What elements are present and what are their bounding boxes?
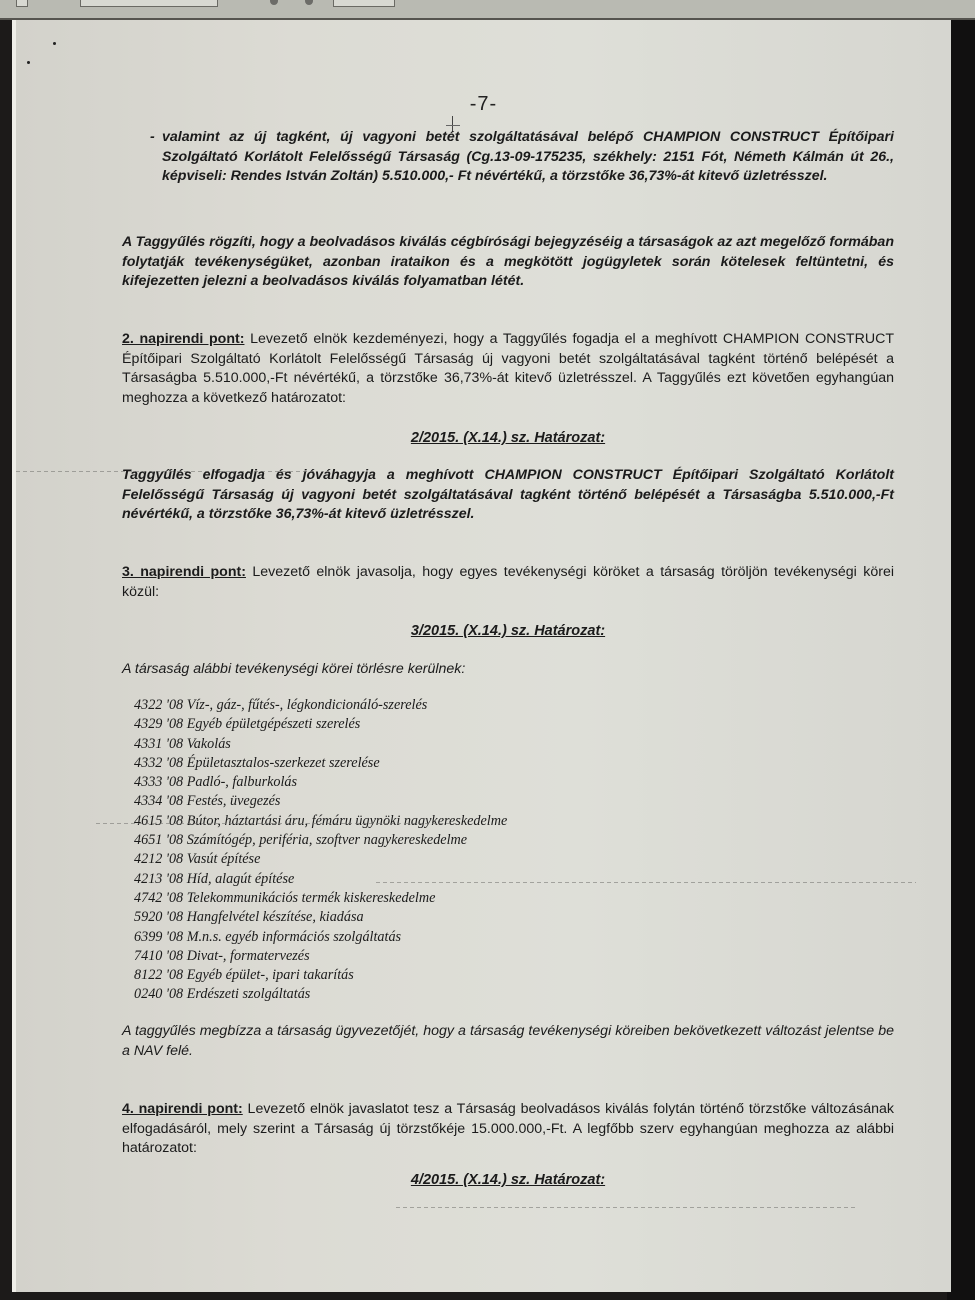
- activity-item: 6399 '08 M.n.s. egyéb információs szolgá…: [134, 928, 507, 947]
- resolution-title-3: 3/2015. (X.14.) sz. Határozat:: [122, 623, 894, 639]
- agenda-item-2: 2. napirendi pont: Levezető elnök kezdem…: [122, 330, 894, 408]
- agenda-label: 4. napirendi pont:: [122, 1101, 243, 1117]
- resolution-title-4: 4/2015. (X.14.) sz. Határozat:: [122, 1172, 894, 1188]
- activity-item: 4331 '08 Vakolás: [134, 735, 507, 754]
- toolbar-field[interactable]: [333, 0, 395, 7]
- resolution-title-2: 2/2015. (X.14.) sz. Határozat:: [122, 430, 894, 446]
- bullet-marker: -: [110, 128, 162, 187]
- activity-item: 7410 '08 Divat-, formatervezés: [134, 947, 507, 966]
- note-paragraph: A Taggyűlés rögzíti, hogy a beolvadásos …: [122, 233, 894, 292]
- bullet-item: - valamint az új tagként, új vagyoni bet…: [110, 128, 894, 187]
- toolbar-button[interactable]: [16, 0, 28, 7]
- toolbar-field[interactable]: [80, 0, 218, 7]
- scan-line: [376, 882, 916, 883]
- activity-item: 4329 '08 Egyéb épületgépészeti szerelés: [134, 715, 507, 734]
- bullet-text: valamint az új tagként, új vagyoni betét…: [162, 128, 894, 187]
- activity-item: 4615 '08 Bútor, háztartási áru, fémáru ü…: [134, 812, 507, 831]
- activity-item: 0240 '08 Erdészeti szolgáltatás: [134, 985, 507, 1004]
- page-number: -7-: [16, 93, 951, 116]
- activity-item: 5920 '08 Hangfelvétel készítése, kiadása: [134, 908, 507, 927]
- resolution-intro-3: A társaság alábbi tevékenységi körei tör…: [122, 660, 894, 680]
- toolbar-icon[interactable]: [305, 0, 313, 5]
- toolbar-icon[interactable]: [270, 0, 278, 5]
- activity-item: 4651 '08 Számítógép, periféria, szoftver…: [134, 831, 507, 850]
- dust-speck: [27, 61, 30, 64]
- resolution-text-2: Taggyűlés elfogadja és jóváhagyja a megh…: [122, 466, 894, 525]
- agenda-label: 3. napirendi pont:: [122, 564, 246, 580]
- activity-item: 4322 '08 Víz-, gáz-, fűtés-, légkondicio…: [134, 696, 507, 715]
- agenda-item-3: 3. napirendi pont: Levezető elnök javaso…: [122, 563, 894, 602]
- activity-list: 4322 '08 Víz-, gáz-, fűtés-, légkondicio…: [134, 696, 507, 1005]
- viewer-toolbar: [0, 0, 975, 20]
- scan-line: [96, 823, 456, 824]
- agenda-label: 2. napirendi pont:: [122, 331, 244, 347]
- agenda-item-4: 4. napirendi pont: Levezető elnök javasl…: [122, 1100, 894, 1159]
- document-page: -7- - valamint az új tagként, új vagyoni…: [12, 20, 951, 1292]
- activity-item: 4212 '08 Vasút építése: [134, 850, 507, 869]
- scan-line: [396, 1207, 856, 1208]
- activity-item: 4332 '08 Épületasztalos-szerkezet szerel…: [134, 754, 507, 773]
- activity-item: 4213 '08 Híd, alagút építése: [134, 870, 507, 889]
- screen-bezel: [947, 20, 975, 1300]
- resolution-closing-3: A taggyűlés megbízza a társaság ügyvezet…: [122, 1022, 894, 1061]
- dust-speck: [53, 42, 56, 45]
- activity-item: 4334 '08 Festés, üvegezés: [134, 792, 507, 811]
- activity-item: 8122 '08 Egyéb épület-, ipari takarítás: [134, 966, 507, 985]
- activity-item: 4333 '08 Padló-, falburkolás: [134, 773, 507, 792]
- activity-item: 4742 '08 Telekommunikációs termék kisker…: [134, 889, 507, 908]
